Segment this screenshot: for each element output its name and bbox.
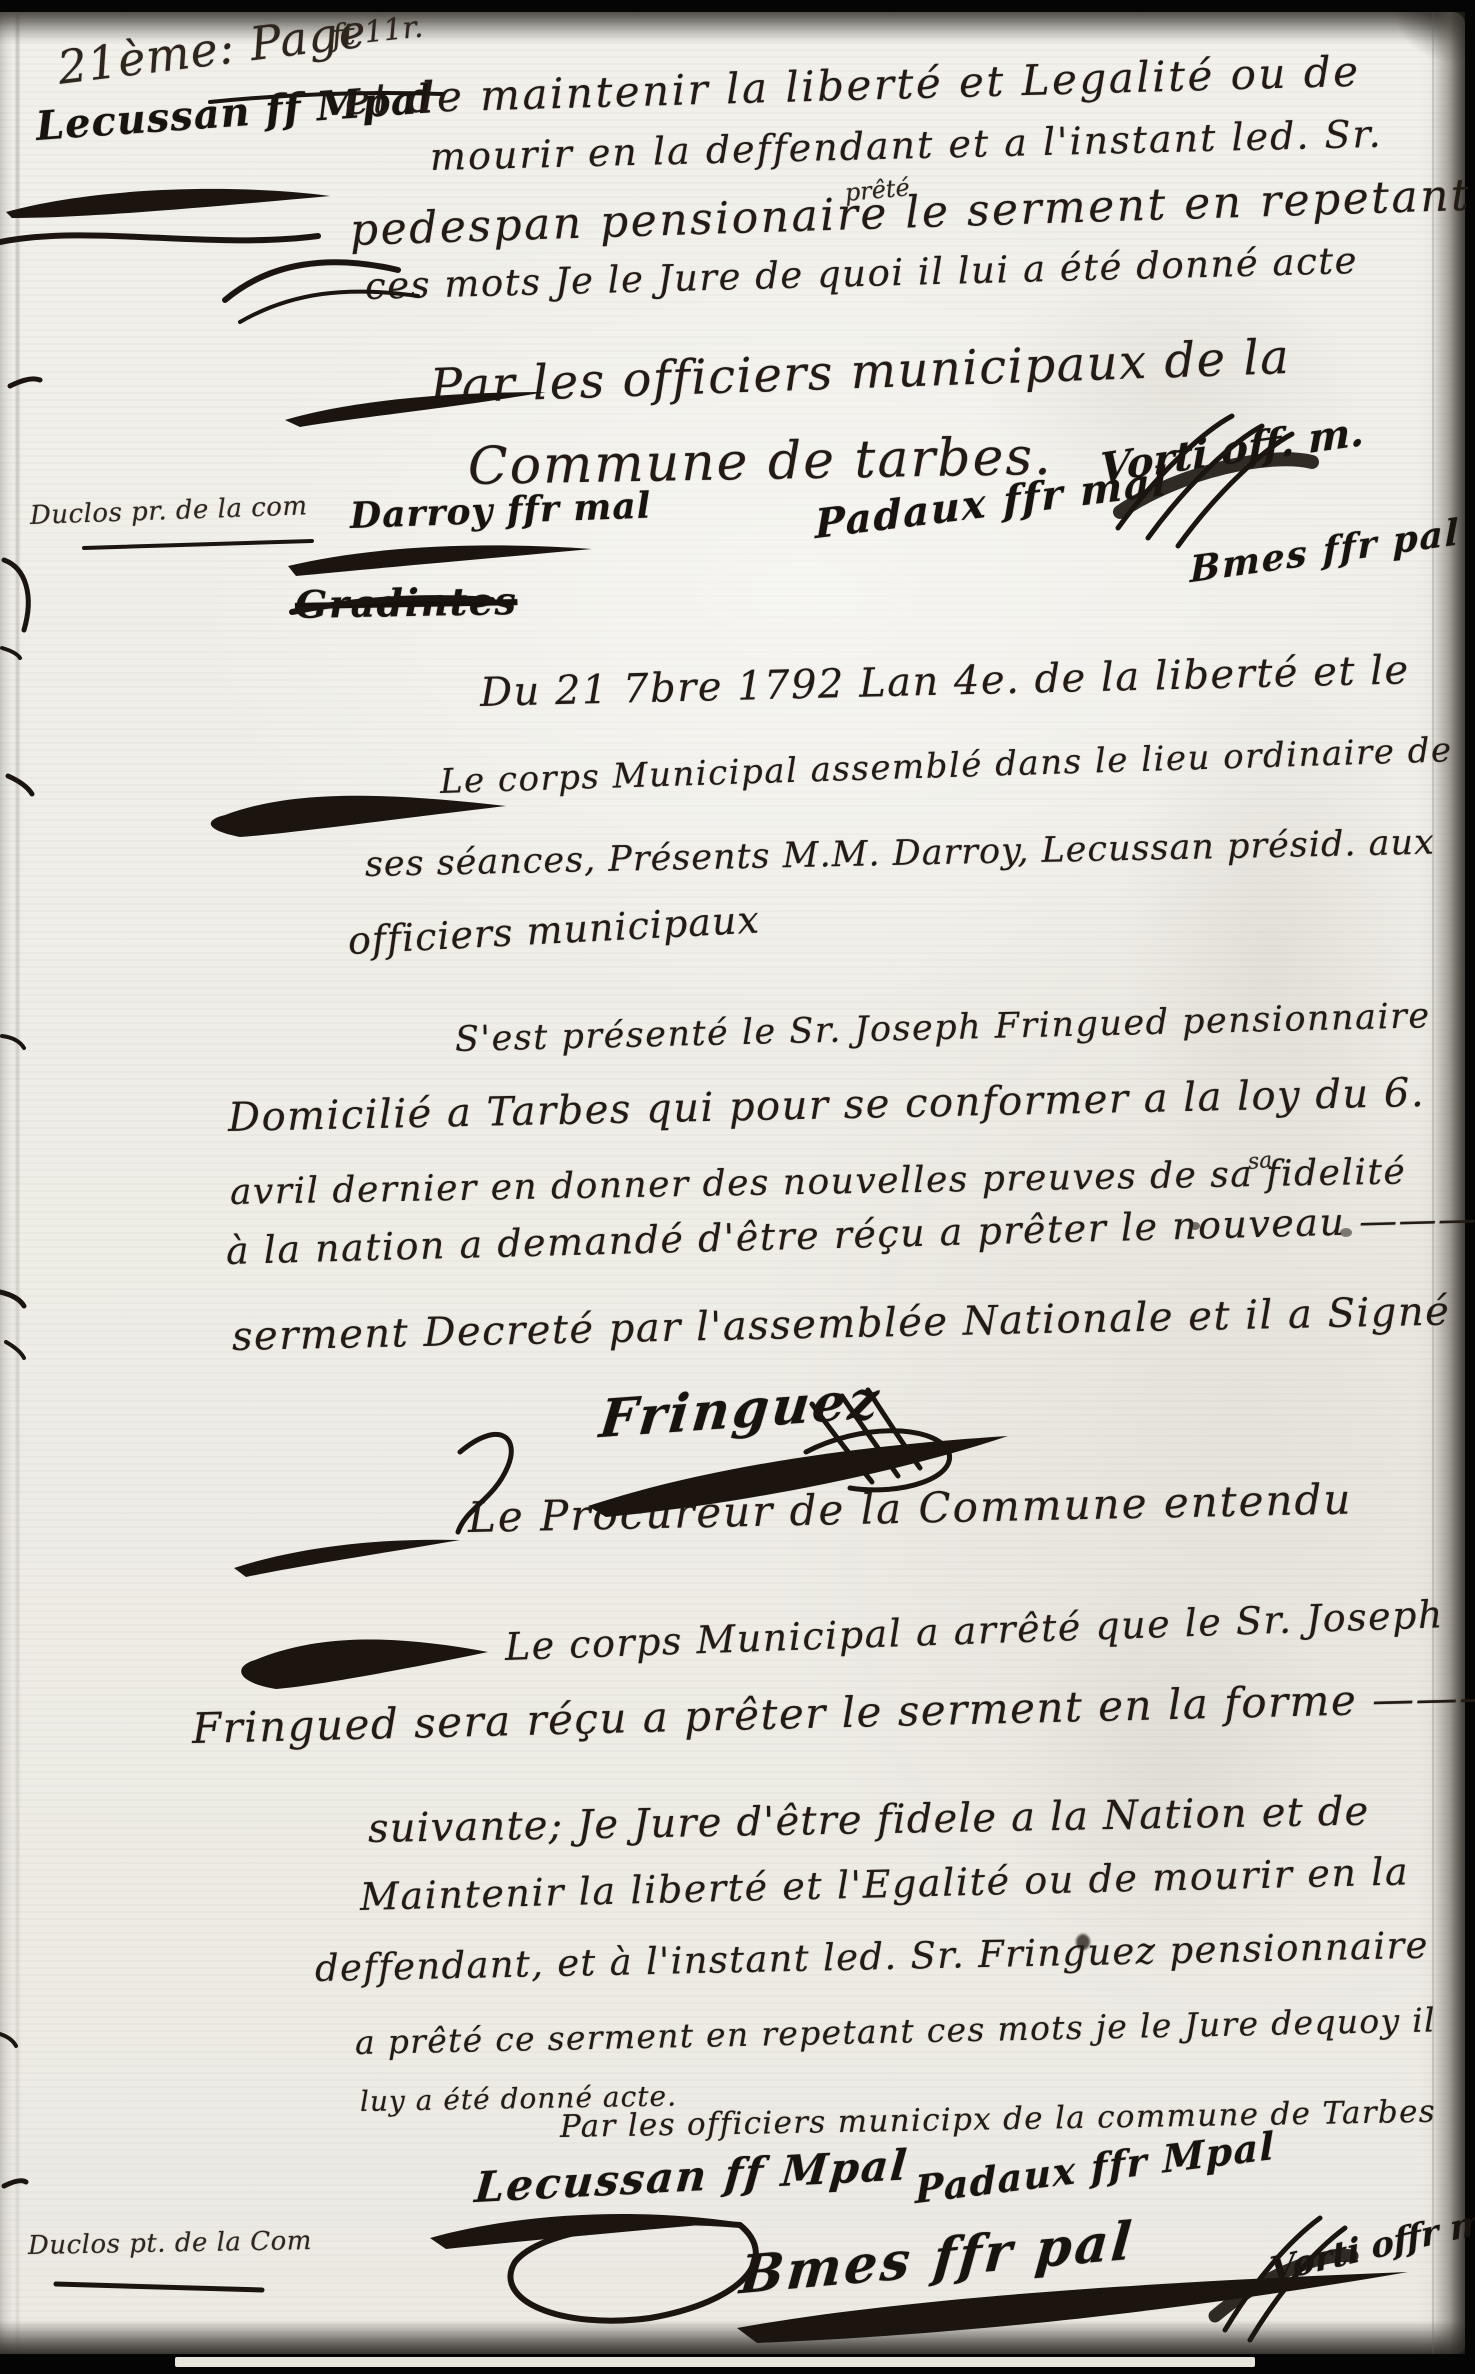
paper-right-edge [1431,12,1465,2354]
next-page-edge [175,2357,1255,2367]
signature-struck-out: Gradintes [295,579,518,627]
margin-note-duclos-bottom: Duclos pt. de la Com [28,2227,312,2262]
binding-gutter-line [16,12,19,2354]
paper-bottom-edge [0,2320,1465,2354]
act2-inserted-word: sa [1247,1148,1274,1175]
manuscript-scan: 21ème: Page ft 11r. Lecussan ff Mpal Duc… [0,0,1475,2374]
